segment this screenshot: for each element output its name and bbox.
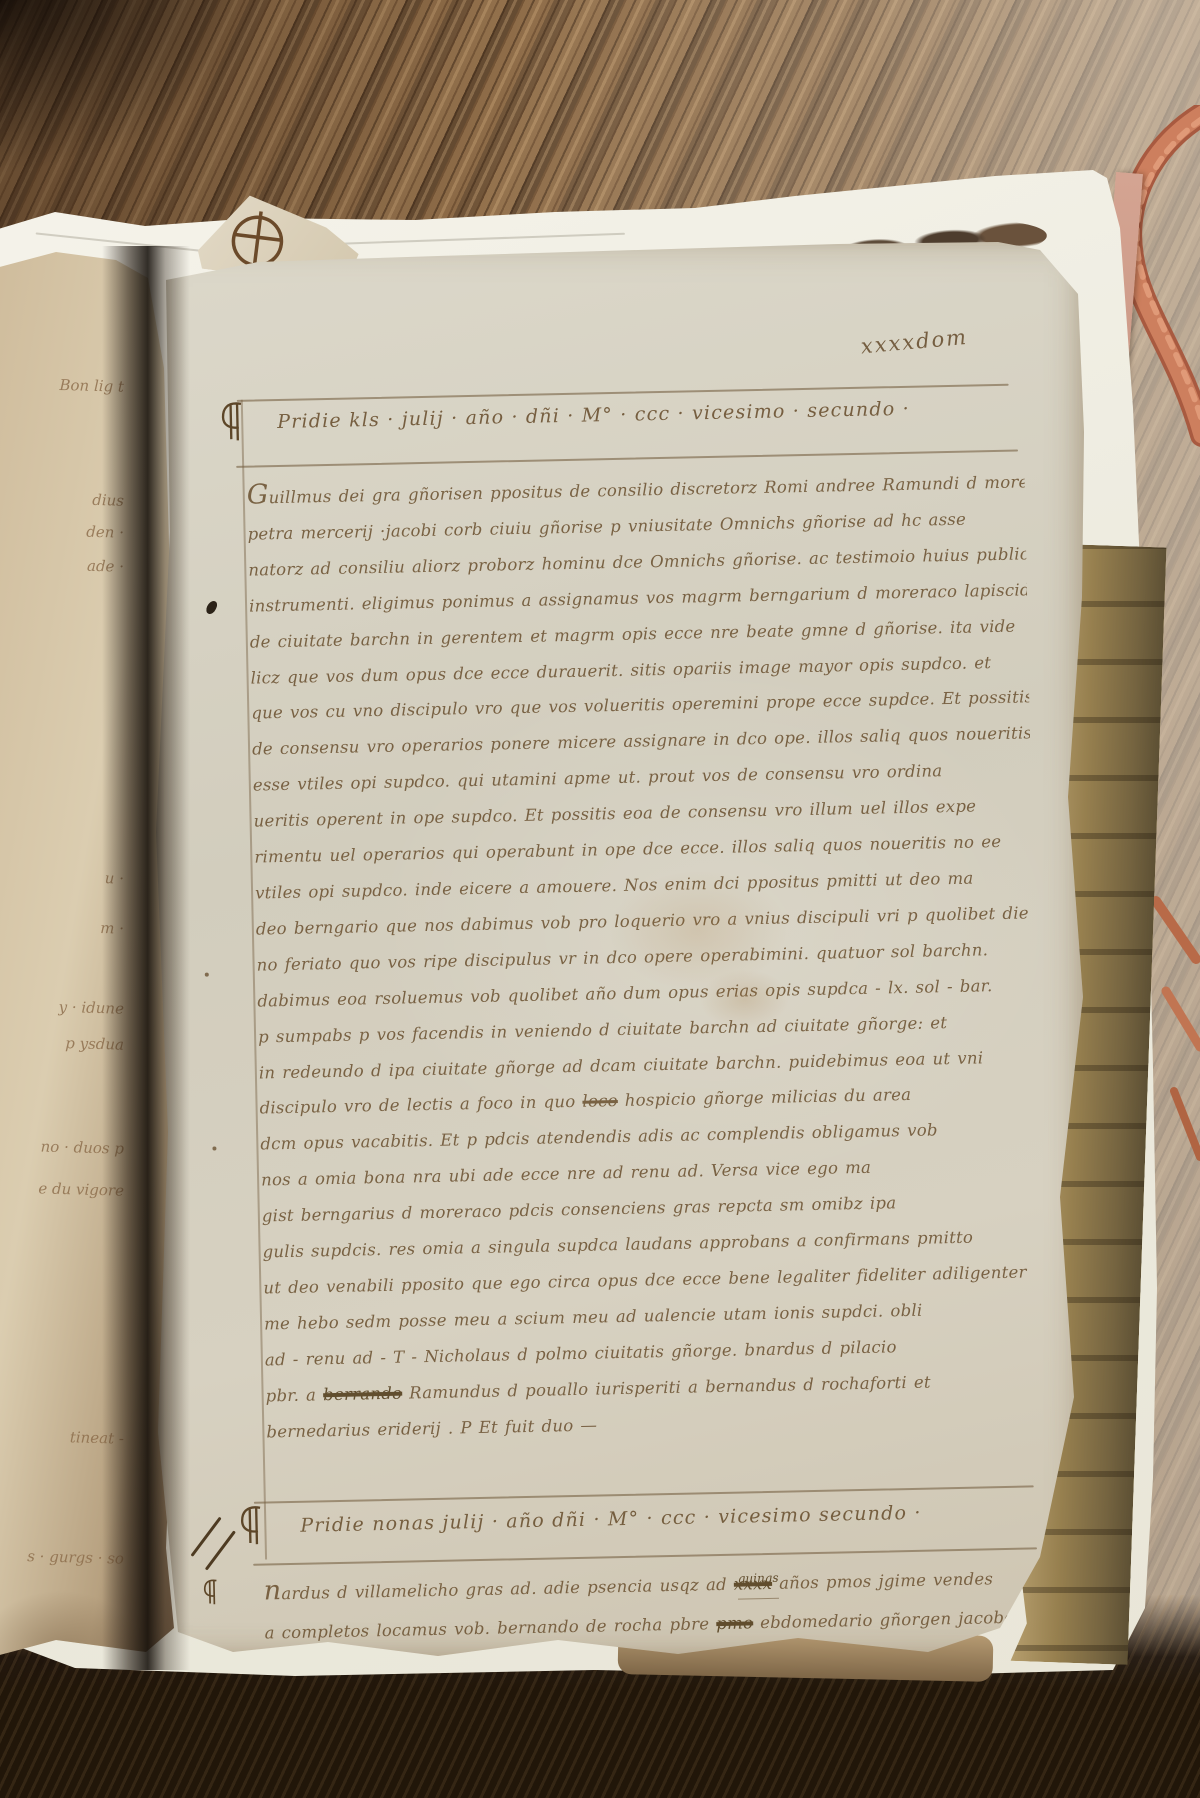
manuscript-page-content: xxxxdom Pridie kls · julij · año · dñi ·… [123, 222, 1118, 1690]
margin-dot [205, 973, 209, 977]
gutter-shadow [102, 246, 190, 1670]
entry1-heading: Pridie kls · julij · año · dñi · M° · cc… [277, 398, 910, 433]
line-segment: hospicio gñorge milicias du area [618, 1085, 912, 1110]
interlinear-insertion: quinqs [737, 1559, 779, 1600]
folio-number: xxxxdom [860, 325, 969, 359]
line-segment: a completos locamus vob. bernando de roc… [264, 1614, 716, 1642]
paragraph-mark-icon [219, 398, 246, 445]
entry2-body: nardus d villamelicho gras ad. adie psen… [263, 1555, 1065, 1653]
photo-canvas: { "photo": { "scene": "Photograph of an … [0, 0, 1200, 1798]
line-segment: ebdomedario gñorgen jacobo [753, 1608, 1015, 1632]
sheet-crease [325, 233, 625, 245]
wool-cord-strands-icon [1148, 895, 1200, 1185]
margin-slash-mark [205, 1530, 236, 1570]
struck-word: pmo [716, 1613, 753, 1633]
struck-word: loco [582, 1091, 618, 1111]
ruled-line [254, 1485, 1034, 1503]
margin-dot [212, 1146, 216, 1150]
line-segment: Ramundus d pouallo iurisperiti a bernand… [402, 1372, 931, 1402]
struck-word: quinqsxxxx [734, 1574, 773, 1594]
ink-fleck [205, 599, 219, 615]
line-segment: pbr. a [265, 1385, 323, 1405]
line-segment: discipulo vro de lectis a foco in quo [259, 1092, 582, 1118]
paragraph-mark-icon [238, 1502, 265, 1549]
line-segment: nardus d villamelicho gras ad. adie psen… [264, 1575, 734, 1604]
line-segment: años pmos jgime vendes [772, 1569, 993, 1593]
paragraph-mark-icon [202, 1577, 220, 1607]
manuscript-page: xxxxdom Pridie kls · julij · año · dñi ·… [138, 232, 1103, 1680]
entry2-heading: Pridie nonas julij · año dñi · M° · ccc … [300, 1502, 922, 1537]
struck-word: berrando [323, 1383, 402, 1404]
